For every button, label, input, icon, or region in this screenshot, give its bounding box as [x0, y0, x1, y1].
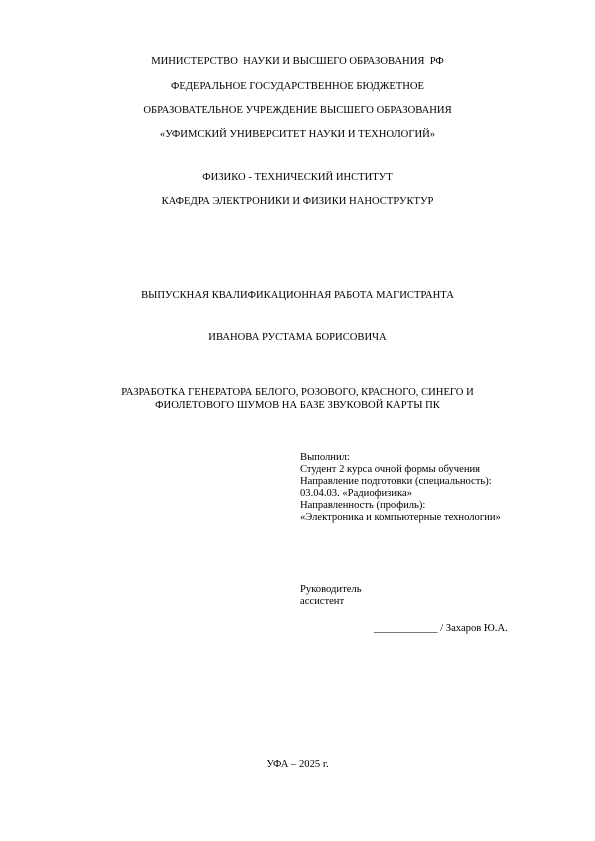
student-course: Студент 2 курса очной формы обучения — [300, 464, 480, 476]
thesis-title-line-2: ФИОЛЕТОВОГО ШУМОВ НА БАЗЕ ЗВУКОВОЙ КАРТЫ… — [0, 399, 595, 412]
document-page: МИНИСТЕРСТВО НАУКИ И ВЫСШЕГО ОБРАЗОВАНИЯ… — [0, 0, 595, 841]
specialty-label: Направление подготовки (специальность): — [300, 476, 492, 488]
institute-name: ФИЗИКО - ТЕХНИЧЕСКИЙ ИНСТИТУТ — [0, 171, 595, 184]
ministry-line: МИНИСТЕРСТВО НАУКИ И ВЫСШЕГО ОБРАЗОВАНИЯ… — [0, 55, 595, 68]
university-name: «УФИМСКИЙ УНИВЕРСИТЕТ НАУКИ И ТЕХНОЛОГИЙ… — [0, 128, 595, 141]
department-name: КАФЕДРА ЭЛЕКТРОНИКИ И ФИЗИКИ НАНОСТРУКТУ… — [0, 195, 595, 208]
city-year: УФА – 2025 г. — [0, 758, 595, 771]
supervisor-signature: ____________ / Захаров Ю.А. — [374, 623, 508, 635]
institution-type-line-2: ОБРАЗОВАТЕЛЬНОЕ УЧРЕЖДЕНИЕ ВЫСШЕГО ОБРАЗ… — [0, 104, 595, 117]
profile-value: «Электроника и компьютерные технологии» — [300, 512, 501, 524]
profile-label: Направленность (профиль): — [300, 500, 425, 512]
thesis-title-line-1: РАЗРАБОТКА ГЕНЕРАТОРА БЕЛОГО, РОЗОВОГО, … — [0, 386, 595, 399]
institution-type-line: ФЕДЕРАЛЬНОЕ ГОСУДАРСТВЕННОЕ БЮДЖЕТНОЕ — [0, 80, 595, 93]
performer-label: Выполнил: — [300, 452, 350, 464]
work-type: ВЫПУСКНАЯ КВАЛИФИКАЦИОННАЯ РАБОТА МАГИСТ… — [0, 289, 595, 302]
supervisor-position: ассистент — [300, 596, 344, 608]
author-name: ИВАНОВА РУСТАМА БОРИСОВИЧА — [0, 331, 595, 344]
specialty-value: 03.04.03. «Радиофизика» — [300, 488, 412, 500]
supervisor-role: Руководитель — [300, 584, 362, 596]
